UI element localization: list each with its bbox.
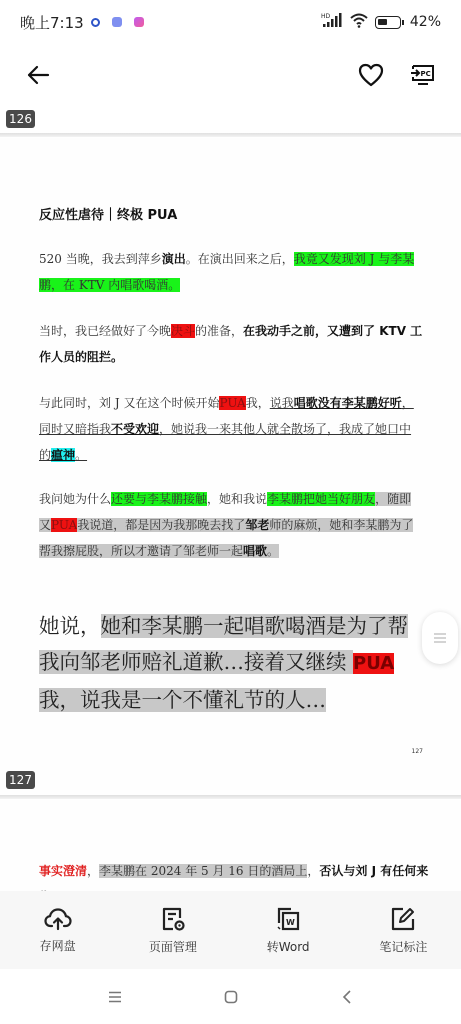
tool-label: 页面管理 xyxy=(149,938,197,955)
favorite-button[interactable] xyxy=(353,57,389,93)
red-label: 事实澄清 xyxy=(39,864,87,878)
text: 的准备， xyxy=(195,324,243,338)
battery-percent: 42% xyxy=(410,14,441,30)
chevron-left-icon xyxy=(342,990,352,1004)
gray-highlight: 我说道，都是因为我那晚去找了 xyxy=(77,518,245,532)
page-number-badge: 127 xyxy=(6,771,35,789)
paragraph-3: 与此同时，刘 J 又在这个时候开始PUA我，说我唱歌没有李某鹏好听，同时又暗指我… xyxy=(39,390,423,468)
tool-label: 存网盘 xyxy=(40,937,76,954)
app-notification-icon xyxy=(112,17,122,27)
home-button[interactable] xyxy=(213,979,249,1015)
arrow-left-icon xyxy=(26,65,50,85)
text: 与此同时，刘 J 又在这个时候开始 xyxy=(39,396,219,410)
note-edit-icon xyxy=(390,906,416,932)
note-annotation-button[interactable]: 笔记标注 xyxy=(346,891,461,969)
text: 她说， xyxy=(39,614,101,638)
send-to-pc-button[interactable]: PC xyxy=(405,57,441,93)
page-manage-icon xyxy=(160,906,186,932)
signal-icon: HD xyxy=(321,12,343,32)
word-convert-icon: W xyxy=(275,906,301,932)
page-separator xyxy=(0,133,461,137)
paragraph-2: 当时，我已经做好了今晚决斗的准备，在我动手之前，又遭到了 KTV 工作人员的阻拦… xyxy=(39,318,423,370)
text: ，她和我说 xyxy=(207,492,267,506)
battery-icon xyxy=(375,16,401,29)
red-highlight: PUA xyxy=(353,653,394,674)
underlined-text: 。 xyxy=(75,448,87,462)
gray-highlight: 。 xyxy=(267,544,279,558)
top-toolbar: PC xyxy=(0,50,461,100)
text: 。在演出回来之后， xyxy=(186,252,294,266)
quote-paragraph: 她说，她和李某鹏一起唱歌喝酒是为了帮我向邹老师赔礼道歉…接着又继续 PUA 我，… xyxy=(39,608,423,718)
underlined-text: 说我 xyxy=(270,396,294,410)
section-title: 反应性虐待｜终极 PUA xyxy=(39,204,177,223)
page-management-button[interactable]: 页面管理 xyxy=(115,891,230,969)
recent-apps-button[interactable] xyxy=(97,979,133,1015)
text: 我问她为什么 xyxy=(39,492,111,506)
status-bar: 晚上7:13 HD 42% xyxy=(0,0,461,44)
text: 520 当晚，我去到萍乡 xyxy=(39,252,162,266)
menu-icon xyxy=(108,991,122,1003)
gray-highlight-bold: 邹老 xyxy=(245,518,269,532)
system-back-button[interactable] xyxy=(329,979,365,1015)
send-to-pc-icon: PC xyxy=(410,63,436,87)
green-highlight: 还要与李某鹏接触 xyxy=(111,492,207,506)
gray-highlight-bold: 唱歌 xyxy=(243,544,267,558)
paragraph-1: 520 当晚，我去到萍乡演出。在演出回来之后，我竟又发现刘 J 与李某鹏，在 K… xyxy=(39,246,423,298)
status-time: 晚上7:13 xyxy=(20,12,84,33)
cloud-upload-icon xyxy=(44,907,72,931)
page-footer-number: 127 xyxy=(412,748,423,755)
notification-icon xyxy=(91,18,100,27)
cyan-highlight: 瘟神 xyxy=(51,448,75,462)
svg-text:W: W xyxy=(286,918,295,927)
save-to-cloud-button[interactable]: 存网盘 xyxy=(0,891,115,969)
green-highlight: 李某鹏把她当好朋友 xyxy=(267,492,375,506)
paragraph-4: 我问她为什么还要与李某鹏接触，她和我说李某鹏把她当好朋友，随即又PUA我说道，都… xyxy=(39,486,423,564)
convert-to-word-button[interactable]: W 转Word xyxy=(231,891,346,969)
red-highlight: PUA xyxy=(219,396,245,410)
red-highlight: 决斗 xyxy=(171,324,195,338)
text: ， xyxy=(87,864,99,878)
bold-text: 演出 xyxy=(162,252,186,266)
tool-label: 笔记标注 xyxy=(379,938,427,955)
svg-text:HD: HD xyxy=(321,13,331,20)
gray-highlight: 李某鹏在 2024 年 5 月 16 日的酒局上 xyxy=(99,864,307,878)
text: 当时，我已经做好了今晚 xyxy=(39,324,171,338)
text: ， xyxy=(307,864,319,878)
heart-icon xyxy=(358,63,384,87)
bottom-toolbar: 存网盘 页面管理 W 转Word 笔记标注 xyxy=(0,891,461,969)
tool-label: 转Word xyxy=(267,938,310,955)
wifi-icon xyxy=(349,12,369,32)
underlined-bold-text: 唱歌没有李某鹏好听 xyxy=(294,396,402,410)
back-button[interactable] xyxy=(20,57,56,93)
scroll-handle[interactable] xyxy=(422,612,458,664)
system-nav-bar xyxy=(0,969,461,1024)
gray-highlight: 我，说我是一个不懂礼节的人… xyxy=(39,688,326,712)
document-page-next: 事实澄清，李某鹏在 2024 年 5 月 16 日的酒局上，否认与刘 J 有任何… xyxy=(0,800,461,900)
app-notification-icon xyxy=(134,17,144,27)
drag-lines-icon xyxy=(433,631,447,645)
red-highlight: PUA xyxy=(51,518,77,532)
svg-text:PC: PC xyxy=(421,70,431,78)
document-page: 反应性虐待｜终极 PUA 520 当晚，我去到萍乡演出。在演出回来之后，我竟又发… xyxy=(0,138,461,790)
underlined-bold-text: 不受欢迎 xyxy=(111,422,159,436)
text: 我， xyxy=(246,396,270,410)
home-square-icon xyxy=(224,990,238,1004)
page-number-badge: 126 xyxy=(6,110,35,128)
page-separator xyxy=(0,795,461,799)
